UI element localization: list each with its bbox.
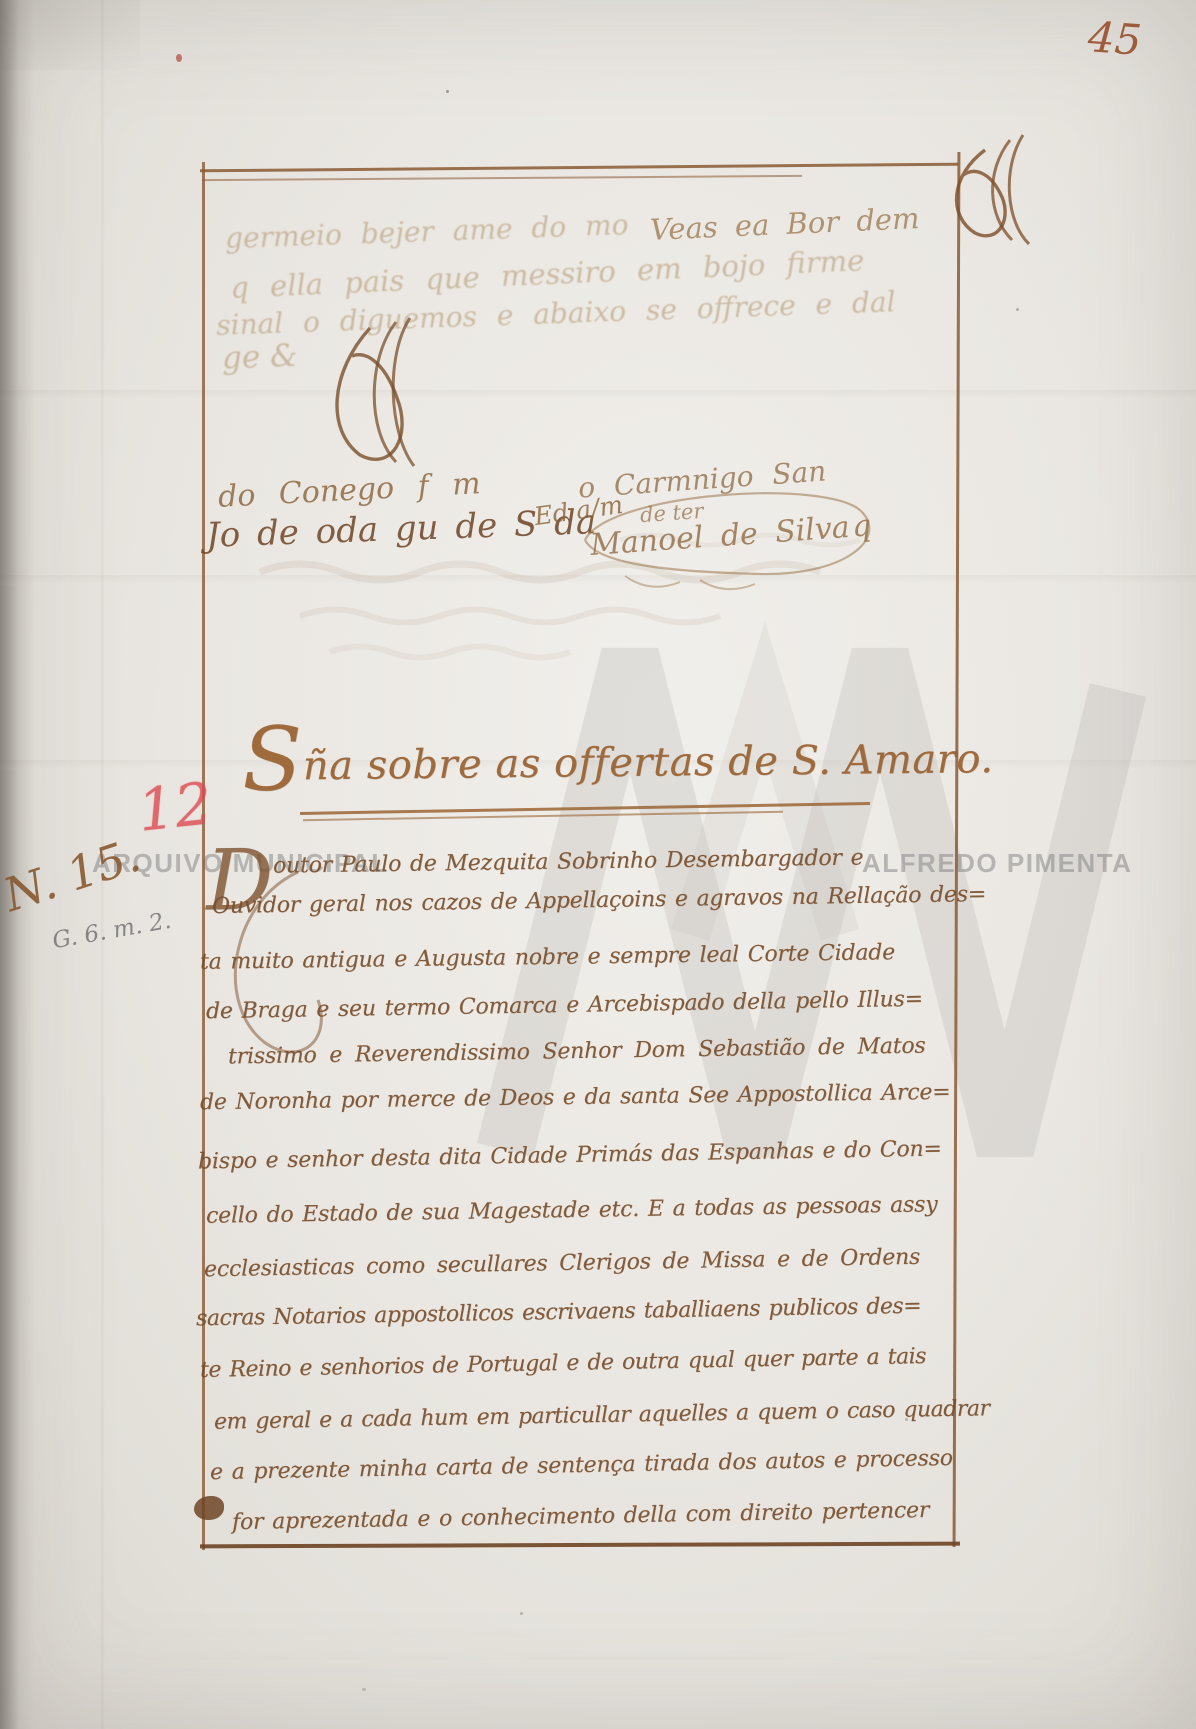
dust-speck <box>905 1418 908 1421</box>
dust-speck <box>446 90 449 93</box>
dust-speck <box>1016 308 1019 311</box>
ink-blot <box>194 1496 224 1520</box>
ink-speck-red <box>176 54 182 62</box>
dust-speck <box>520 1612 523 1615</box>
manuscript-photo: ARQUIVO MUNICIPAL ALFREDO PIMENTA 45 ger… <box>0 0 1196 1729</box>
dust-speck <box>362 1688 366 1691</box>
